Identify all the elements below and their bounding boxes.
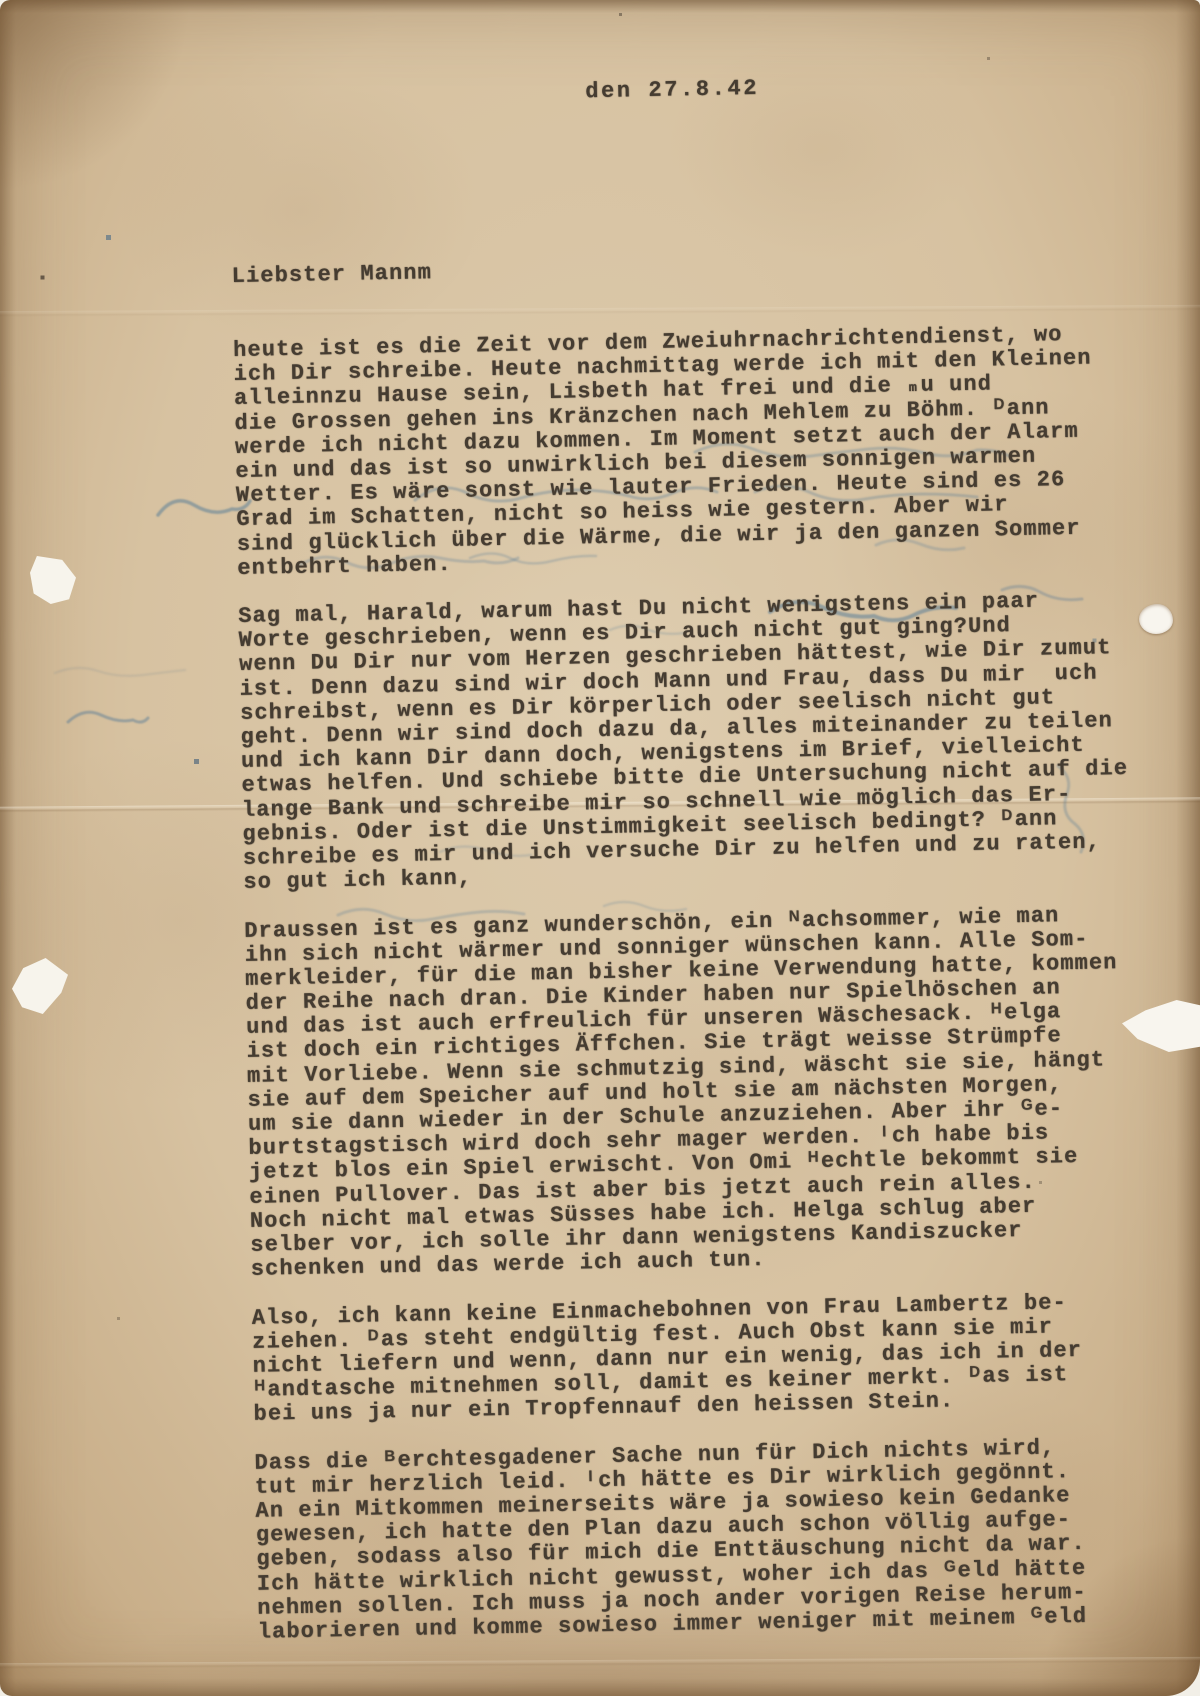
letter-body: heute ist es die Zeit vor dem Zweiuhrnac…	[233, 322, 1145, 1669]
ink-specks	[0, 0, 1, 1]
paragraph: heute ist es die Zeit vor dem Zweiuhrnac…	[233, 322, 1124, 581]
salutation: Liebster Mannm	[231, 260, 432, 289]
paragraph: Also, ich kann keine Einmachebohnen von …	[251, 1289, 1140, 1427]
paragraph: Sag mal, Harald, warum hast Du nicht wen…	[238, 588, 1130, 895]
typewritten-letter: den 27.8.42 Liebster Mannm heute ist es …	[0, 0, 1200, 1696]
paragraph: Draussen ist es ganz wunderschön, ein ᴺa…	[244, 902, 1138, 1282]
letter-scan-paper: den 27.8.42 Liebster Mannm heute ist es …	[0, 0, 1200, 1696]
paragraph: Dass die ᴮerchtesgadener Sache nun für D…	[254, 1434, 1144, 1644]
date-line: den 27.8.42	[585, 76, 759, 104]
